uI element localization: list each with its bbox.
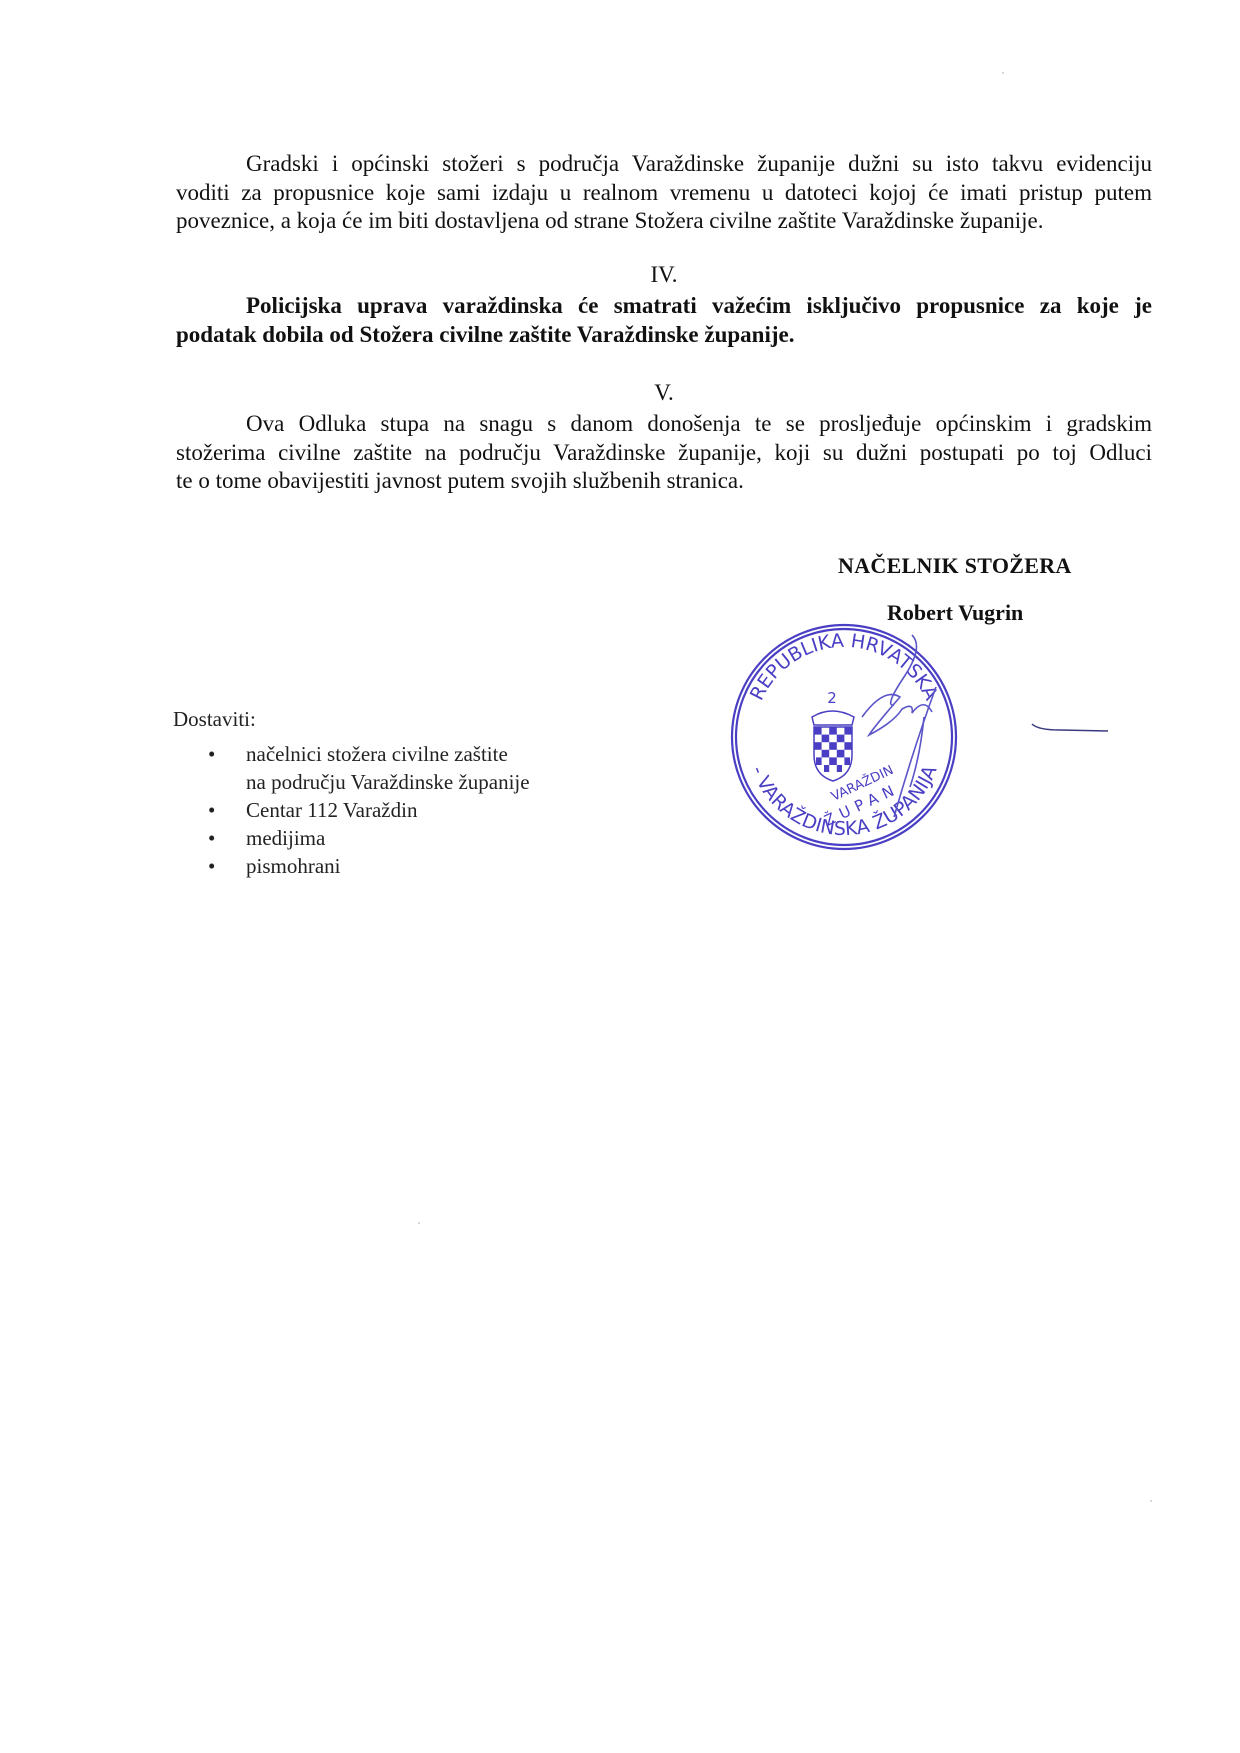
- delivery-item: • načelnici stožera civilne zaštite na p…: [208, 740, 530, 796]
- document-page: Gradski i općinski stožeri s područja Va…: [0, 0, 1240, 1753]
- intro-paragraph: Gradski i općinski stožeri s područja Va…: [176, 150, 1152, 236]
- delivery-label: Dostaviti:: [173, 707, 256, 732]
- section-v-heading: V.: [0, 380, 1240, 406]
- delivery-item: • medijima: [208, 824, 530, 852]
- paragraph-line: Ova Odluka stupa na snagu s danom donoše…: [176, 410, 1152, 439]
- scan-speck: [1150, 1500, 1152, 1502]
- official-stamp: REPUBLIKA HRVATSKA - VARAŽDINSKA ŽUPANIJ…: [724, 617, 964, 857]
- paragraph-line: Policijska uprava varaždinska će smatrat…: [176, 292, 1152, 321]
- section-iv-paragraph: Policijska uprava varaždinska će smatrat…: [176, 292, 1152, 349]
- delivery-item: • pismohrani: [208, 852, 530, 880]
- bullet-icon: •: [208, 824, 215, 852]
- paragraph-line: poveznice, a koja će im biti dostavljena…: [176, 207, 1152, 236]
- paragraph-line: Gradski i općinski stožeri s područja Va…: [176, 150, 1152, 179]
- svg-text:2: 2: [827, 689, 837, 707]
- paragraph-line: podatak dobila od Stožera civilne zaštit…: [176, 321, 1152, 350]
- paragraph-line: stožerima civilne zaštite na području Va…: [176, 439, 1152, 468]
- paragraph-line: voditi za propusnice koje sami izdaju u …: [176, 179, 1152, 208]
- bullet-icon: •: [208, 796, 215, 824]
- delivery-item: • Centar 112 Varaždin: [208, 796, 530, 824]
- signature-dash: [1030, 720, 1110, 734]
- signature-title: NAČELNIK STOŽERA: [838, 553, 1072, 579]
- section-v-paragraph: Ova Odluka stupa na snagu s danom donoše…: [176, 410, 1152, 496]
- stamp-text-top: REPUBLIKA HRVATSKA: [746, 630, 942, 704]
- bullet-icon: •: [208, 740, 215, 768]
- scan-speck: [1002, 72, 1004, 74]
- section-iv-heading: IV.: [0, 262, 1240, 288]
- bullet-icon: •: [208, 852, 215, 880]
- delivery-list: • načelnici stožera civilne zaštite na p…: [208, 740, 530, 880]
- coat-of-arms-icon: [812, 711, 854, 781]
- scan-speck: [418, 1222, 420, 1224]
- paragraph-line: te o tome obavijestiti javnost putem svo…: [176, 467, 1152, 496]
